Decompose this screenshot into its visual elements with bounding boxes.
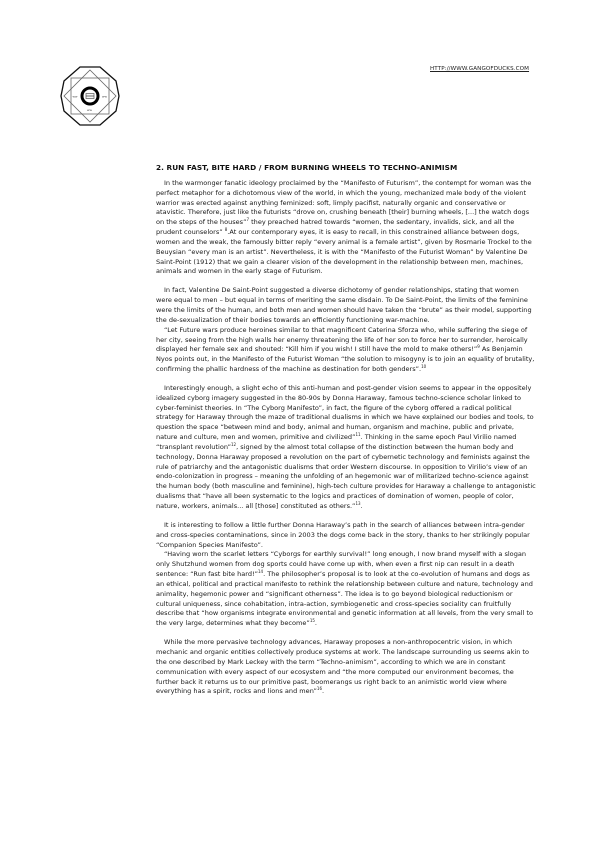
article-heading: 2. RUN FAST, BITE HARD / FROM BURNING WH… [156, 163, 536, 173]
svg-text:ww: ww [102, 95, 107, 99]
paragraph-text: It is interesting to follow a little fur… [156, 521, 530, 549]
octagon-diamond-ring-logo-icon: ww ww ww [58, 64, 122, 128]
paragraph-text: In fact, Valentine De Saint-Point sugges… [156, 286, 532, 324]
paragraph-gap [156, 512, 536, 521]
paragraph-text: , signed by the almost total collapse of… [156, 443, 536, 510]
paragraph-5: It is interesting to follow a little fur… [156, 521, 536, 551]
article-body: 2. RUN FAST, BITE HARD / FROM BURNING WH… [156, 163, 536, 697]
paragraph-gap [156, 375, 536, 384]
paragraph-1: In the warmonger fanatic ideology procla… [156, 179, 536, 277]
paragraph-text: . The philosopher’s proposal is to look … [156, 570, 533, 627]
paragraph-gap [156, 629, 536, 638]
paragraph-text: “Let Future wars produce heroines simila… [156, 326, 528, 354]
paragraph-2: In fact, Valentine De Saint-Point sugges… [156, 286, 536, 325]
paragraph-text: . [322, 687, 324, 695]
paragraph-text: While the more pervasive technology adva… [156, 638, 529, 695]
paragraph-text: . [315, 619, 317, 627]
paragraph-gap [156, 277, 536, 286]
paragraph-7: While the more pervasive technology adva… [156, 638, 536, 697]
site-url-link[interactable]: HTTP://WWW.GANGOFDUCKS.COM [430, 66, 529, 72]
paragraph-4: Interestingly enough, a slight echo of t… [156, 384, 536, 512]
site-logo[interactable]: ww ww ww [58, 64, 122, 128]
svg-text:ww: ww [73, 95, 78, 99]
paragraph-3: “Let Future wars produce heroines simila… [156, 326, 536, 375]
paragraph-6: “Having worn the scarlet letters “Cyborg… [156, 550, 536, 629]
svg-text:ww: ww [87, 108, 92, 112]
paragraph-text: . [361, 502, 363, 510]
footnote-ref[interactable]: 10 [421, 364, 426, 369]
